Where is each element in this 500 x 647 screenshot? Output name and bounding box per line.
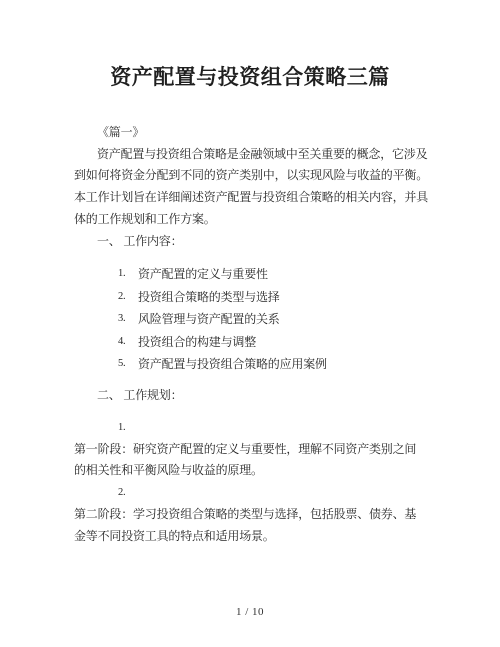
section-label: 《篇一》 xyxy=(74,122,434,144)
stage-section: 1. 第一阶段：研究资产配置的定义与重要性，理解不同资产类别之间 的相关性和平衡… xyxy=(74,417,434,547)
work-item: 4. 投资组合的构建与调整 xyxy=(74,331,434,354)
intro-section: 《篇一》 资产配置与投资组合策略是金融领域中至关重要的概念，它涉及 到如何将资金… xyxy=(74,122,434,252)
stage-number: 2. xyxy=(74,482,434,504)
item-number: 1. xyxy=(118,263,138,286)
section-heading-plan-text: 二、 工作规划： xyxy=(74,385,434,407)
item-text: 投资组合的构建与调整 xyxy=(138,331,256,354)
page-number: 1 / 10 xyxy=(0,602,500,622)
item-number: 2. xyxy=(118,286,138,309)
stage-line: 第二阶段：学习投资组合策略的类型与选择，包括股票、债券、基 xyxy=(74,504,434,526)
item-text: 投资组合策略的类型与选择 xyxy=(138,286,280,309)
item-text: 资产配置的定义与重要性 xyxy=(138,263,268,286)
stage-line: 金等不同投资工具的特点和适用场景。 xyxy=(74,526,434,548)
document-title: 资产配置与投资组合策略三篇 xyxy=(0,60,500,94)
work-item: 5. 资产配置与投资组合策略的应用案例 xyxy=(74,353,434,376)
intro-line: 体的工作规划和工作方案。 xyxy=(74,209,434,231)
item-number: 4. xyxy=(118,331,138,354)
document-page: 资产配置与投资组合策略三篇 《篇一》 资产配置与投资组合策略是金融领域中至关重要… xyxy=(0,0,500,647)
work-item-list: 1. 资产配置的定义与重要性 2. 投资组合策略的类型与选择 3. 风险管理与资… xyxy=(74,263,434,376)
work-item: 3. 风险管理与资产配置的关系 xyxy=(74,308,434,331)
item-number: 5. xyxy=(118,353,138,376)
intro-line: 资产配置与投资组合策略是金融领域中至关重要的概念，它涉及 xyxy=(74,144,434,166)
section-heading-plan: 二、 工作规划： xyxy=(74,385,434,407)
stage-line: 第一阶段：研究资产配置的定义与重要性，理解不同资产类别之间 xyxy=(74,439,434,461)
intro-line: 到如何将资金分配到不同的资产类别中，以实现风险与收益的平衡。 xyxy=(74,165,434,187)
item-number: 3. xyxy=(118,308,138,331)
section-heading-content: 一、 工作内容： xyxy=(74,231,434,253)
work-item: 2. 投资组合策略的类型与选择 xyxy=(74,286,434,309)
stage-number: 1. xyxy=(74,417,434,439)
stage-line: 的相关性和平衡风险与收益的原理。 xyxy=(74,460,434,482)
intro-line: 本工作计划旨在详细阐述资产配置与投资组合策略的相关内容，并具 xyxy=(74,187,434,209)
item-text: 风险管理与资产配置的关系 xyxy=(138,308,280,331)
work-item: 1. 资产配置的定义与重要性 xyxy=(74,263,434,286)
item-text: 资产配置与投资组合策略的应用案例 xyxy=(138,353,327,376)
